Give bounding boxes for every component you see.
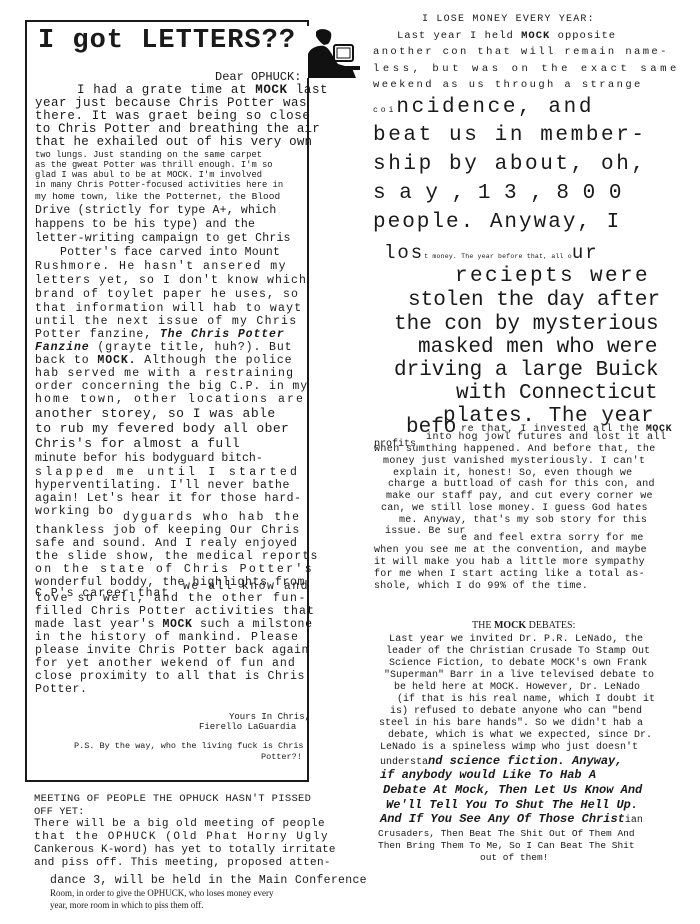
debates-bold-line: understand science fiction. Anyway, [380,754,622,768]
letter-line: to Chris Potter and breathing the air [35,122,320,136]
letter-line: home town, other locations are [35,393,305,406]
letter-signature: Fierello LaGuardia [199,722,296,732]
letter-line: Rushmore. He hasn't ansered my [35,260,287,273]
lose-money-line: less, but was on the exact same [373,63,680,75]
letter-line: I had a grate time at MOCK last [77,83,328,97]
meeting-line: and piss off. This meeting, proposed att… [34,857,331,869]
debates-line: "Superman" Barr in a live televised deba… [384,670,654,681]
lose-money-line: issue. Be sur [385,526,466,537]
lose-money-mid-line: masked men who were [418,336,657,359]
letter-line: my home town, like the Potternet, the Bl… [35,191,280,202]
letter-line: in the history of mankind. Please [35,631,299,644]
letter-line: two lungs. Just standing on the same car… [35,150,262,160]
letter-salutation: Dear OPHUCK: [215,70,301,84]
letter-line: another storey, so I was able [35,406,276,421]
mock-bold: MOCK [255,83,287,97]
debates-line: out of them! [480,852,548,863]
letter-line: order concerning the big C.P. in my [35,380,308,393]
debates-line: LeNado is a spineless wimp who just does… [380,742,638,753]
lose-money-line: weekend as us through a strange [373,79,643,91]
letter-line: until the next issue of my Chris [35,315,297,328]
lose-money-heading: I LOSE MONEY EVERY YEAR: [422,14,595,25]
debates-bold-line: Debate At Mock, Then Let Us Know And [383,783,642,797]
letter-postscript: P.S. By the way, who the living fuck is … [74,741,304,751]
lose-money-line: charge a buttload of cash for this con, … [388,479,655,490]
letter-line: there. It was graet being so close [35,109,310,123]
debates-line: (if that is his real name, which I doubt… [397,694,655,705]
debates-line: be held here at MOCK. However, Dr. LeNad… [394,682,640,693]
debates-line: Last year we invited Dr. P.R. LeNado, th… [389,634,643,645]
letter-line: safe and sound. And I realy enjoyed [35,537,298,550]
lose-money-line: shole, which I do 99% of the time. [374,581,588,592]
lose-money-line: e and feel extra sorry for me [461,533,644,544]
fanzine-title: The Chris Potter [160,328,285,341]
lose-money-big-line: s a y , 1 3 , 8 0 0 [373,182,622,205]
lose-money-big-line: people. Anyway, I [373,211,621,234]
lose-money-overlap-line: into hog jowl futures and lost it all [426,432,667,443]
letter-line: Potter fanzine, The Chris Potter [35,328,285,341]
lose-money-line: me. Anyway, that's my sob story for this [399,515,647,526]
lose-money-mid-line: reciepts were [455,265,650,288]
lose-money-line: when you see me at the convention, and m… [374,545,647,556]
lose-money-line: it will make you hab a little more sympa… [374,557,645,568]
letter-line: that he exhailed out of his very own [35,135,312,149]
lose-money-line: another con that will remain name- [373,46,669,58]
letter-line: please invite Chris Potter back again [35,644,309,657]
person-at-computer-icon [304,26,360,78]
debates-line: Crusaders, Then Beat The Shit Out Of The… [378,828,635,839]
meeting-line: Cankerous K-word) has yet to totally irr… [34,844,336,856]
letter-line: as the gweat Potter was thrill enough. I… [35,160,273,170]
debates-line: leader of the Christian Crusade To Stamp… [386,646,650,657]
letter-line: the slide show, the medical reports [35,550,319,563]
letter-line: hyperventilating. I'll never bathe [35,479,290,492]
letter-postscript: Potter?! [261,752,302,762]
meeting-line: year, more room in which to piss them of… [50,900,203,910]
letter-line: again! Let's hear it for those hard- [35,492,301,505]
letter-line: Potter. [35,683,88,696]
letter-title: I got LETTERS?? [38,26,296,56]
lose-money-line: when sumthing happened. And before that,… [374,444,656,455]
lose-money-big-line: beat us in member- [373,124,647,147]
letter-line: thankless job of keeping Our Chris [35,524,300,537]
letter-line: on the state of Chris Potter's [35,563,314,576]
letter-closing: Yours In Chris, [229,712,310,722]
letter-line: happens to be his type) and the [35,218,255,231]
letter-line: Chris's for almost a full [35,436,240,451]
letter-line: Fanzine (grayte title, huh?). But [35,341,292,354]
meeting-heading: OFF YET: [34,806,84,818]
letter-line: glad I was abul to be at MOCK. I'm invol… [35,170,262,180]
letter-line: dyguards who hab the [123,511,301,524]
letter-line: letters yet, so I don't know which [35,274,307,287]
lose-money-big-line: coincidence, and [373,96,594,119]
letter-line: love so well, and the other fun- [35,592,307,605]
meeting-line: dance 3, will be held in the Main Confer… [50,874,367,887]
letter-line: slapped me until I started [35,466,300,479]
lose-money-line: for me when I start acting like a total … [374,569,645,580]
letter-line: Drive (strictly for type A+, which [35,204,276,217]
lose-money-mid-line: driving a large Buick [394,359,659,382]
letter-line: brand of toylet paper he uses, so [35,288,299,301]
meeting-heading: MEETING OF PEOPLE THE OPHUCK HASN'T PISS… [34,793,311,805]
debates-line: steel in his bare hands". So we didn't h… [379,718,643,729]
letter-line: to rub my fevered body all ober [35,421,289,436]
lose-money-line: make our staff pay, and cut every corner… [386,491,653,502]
letter-line: made last year's MOCK such a milstone [35,618,313,631]
debates-bold-line: if anybody would Like To Hab A [380,768,596,782]
debates-line: is) refused to debate anyone who can "be… [390,706,642,717]
letter-line: letter-writing campaign to get Chris [35,232,291,245]
lose-money-line: Last year I held MOCK opposite [397,30,616,42]
letter-line: that information will hab to wayt [35,302,302,315]
lose-money-line: can, we still lose money. I guess God ha… [381,503,648,514]
lose-money-mid-line: stolen the day after [408,289,660,312]
lose-money-big-line: lost money. The year before that, all ou… [384,242,599,264]
debates-bold-line: We'll Tell You To Shut The Hell Up. [386,798,638,812]
letter-line: for yet another wekend of fun and [35,657,296,670]
debates-line: Science Fiction, to debate MOCK's own Fr… [389,658,647,669]
letter-line: hab served me with a restraining [35,367,294,380]
letter-line: minute befor his bodyguard bitch- [35,452,263,465]
lose-money-line: explain it, honest! So, even though we [393,468,632,479]
letter-line: back to MOCK. Although the police [35,354,292,367]
debates-bold-line: And If You See Any Of Those Christian [380,812,643,826]
letter-line: Potter's face carved into Mount [60,246,280,259]
letter-line: working bo [35,505,114,518]
debates-line: debate, which is what we expected, since… [388,730,652,741]
letter-line: in many Chris Potter-focused activities … [35,180,283,190]
debates-line: Then Bring Them To Me, So I Can Beat The… [378,840,635,851]
lose-money-mid-line: the con by mysterious [394,313,659,336]
debates-heading: THE MOCK DEBATES: [472,620,575,631]
letter-line: year just because Chris Potter was [35,96,307,110]
letter-line: filled Chris Potter activities that [35,605,315,618]
meeting-line: that the OPHUCK (Old Phat Horny Ugly [34,831,329,843]
lose-money-line: money just vanished mysteriously. I can'… [383,456,645,467]
meeting-line: Room, in order to give the OPHUCK, who l… [50,888,273,898]
letter-line: close proximity to all that is Chris [35,670,305,683]
lose-money-big-line: ship by about, oh, [373,153,647,176]
lose-money-mid-line: with Connecticut [456,382,658,405]
meeting-line: There will be a big old meeting of peopl… [34,818,325,830]
